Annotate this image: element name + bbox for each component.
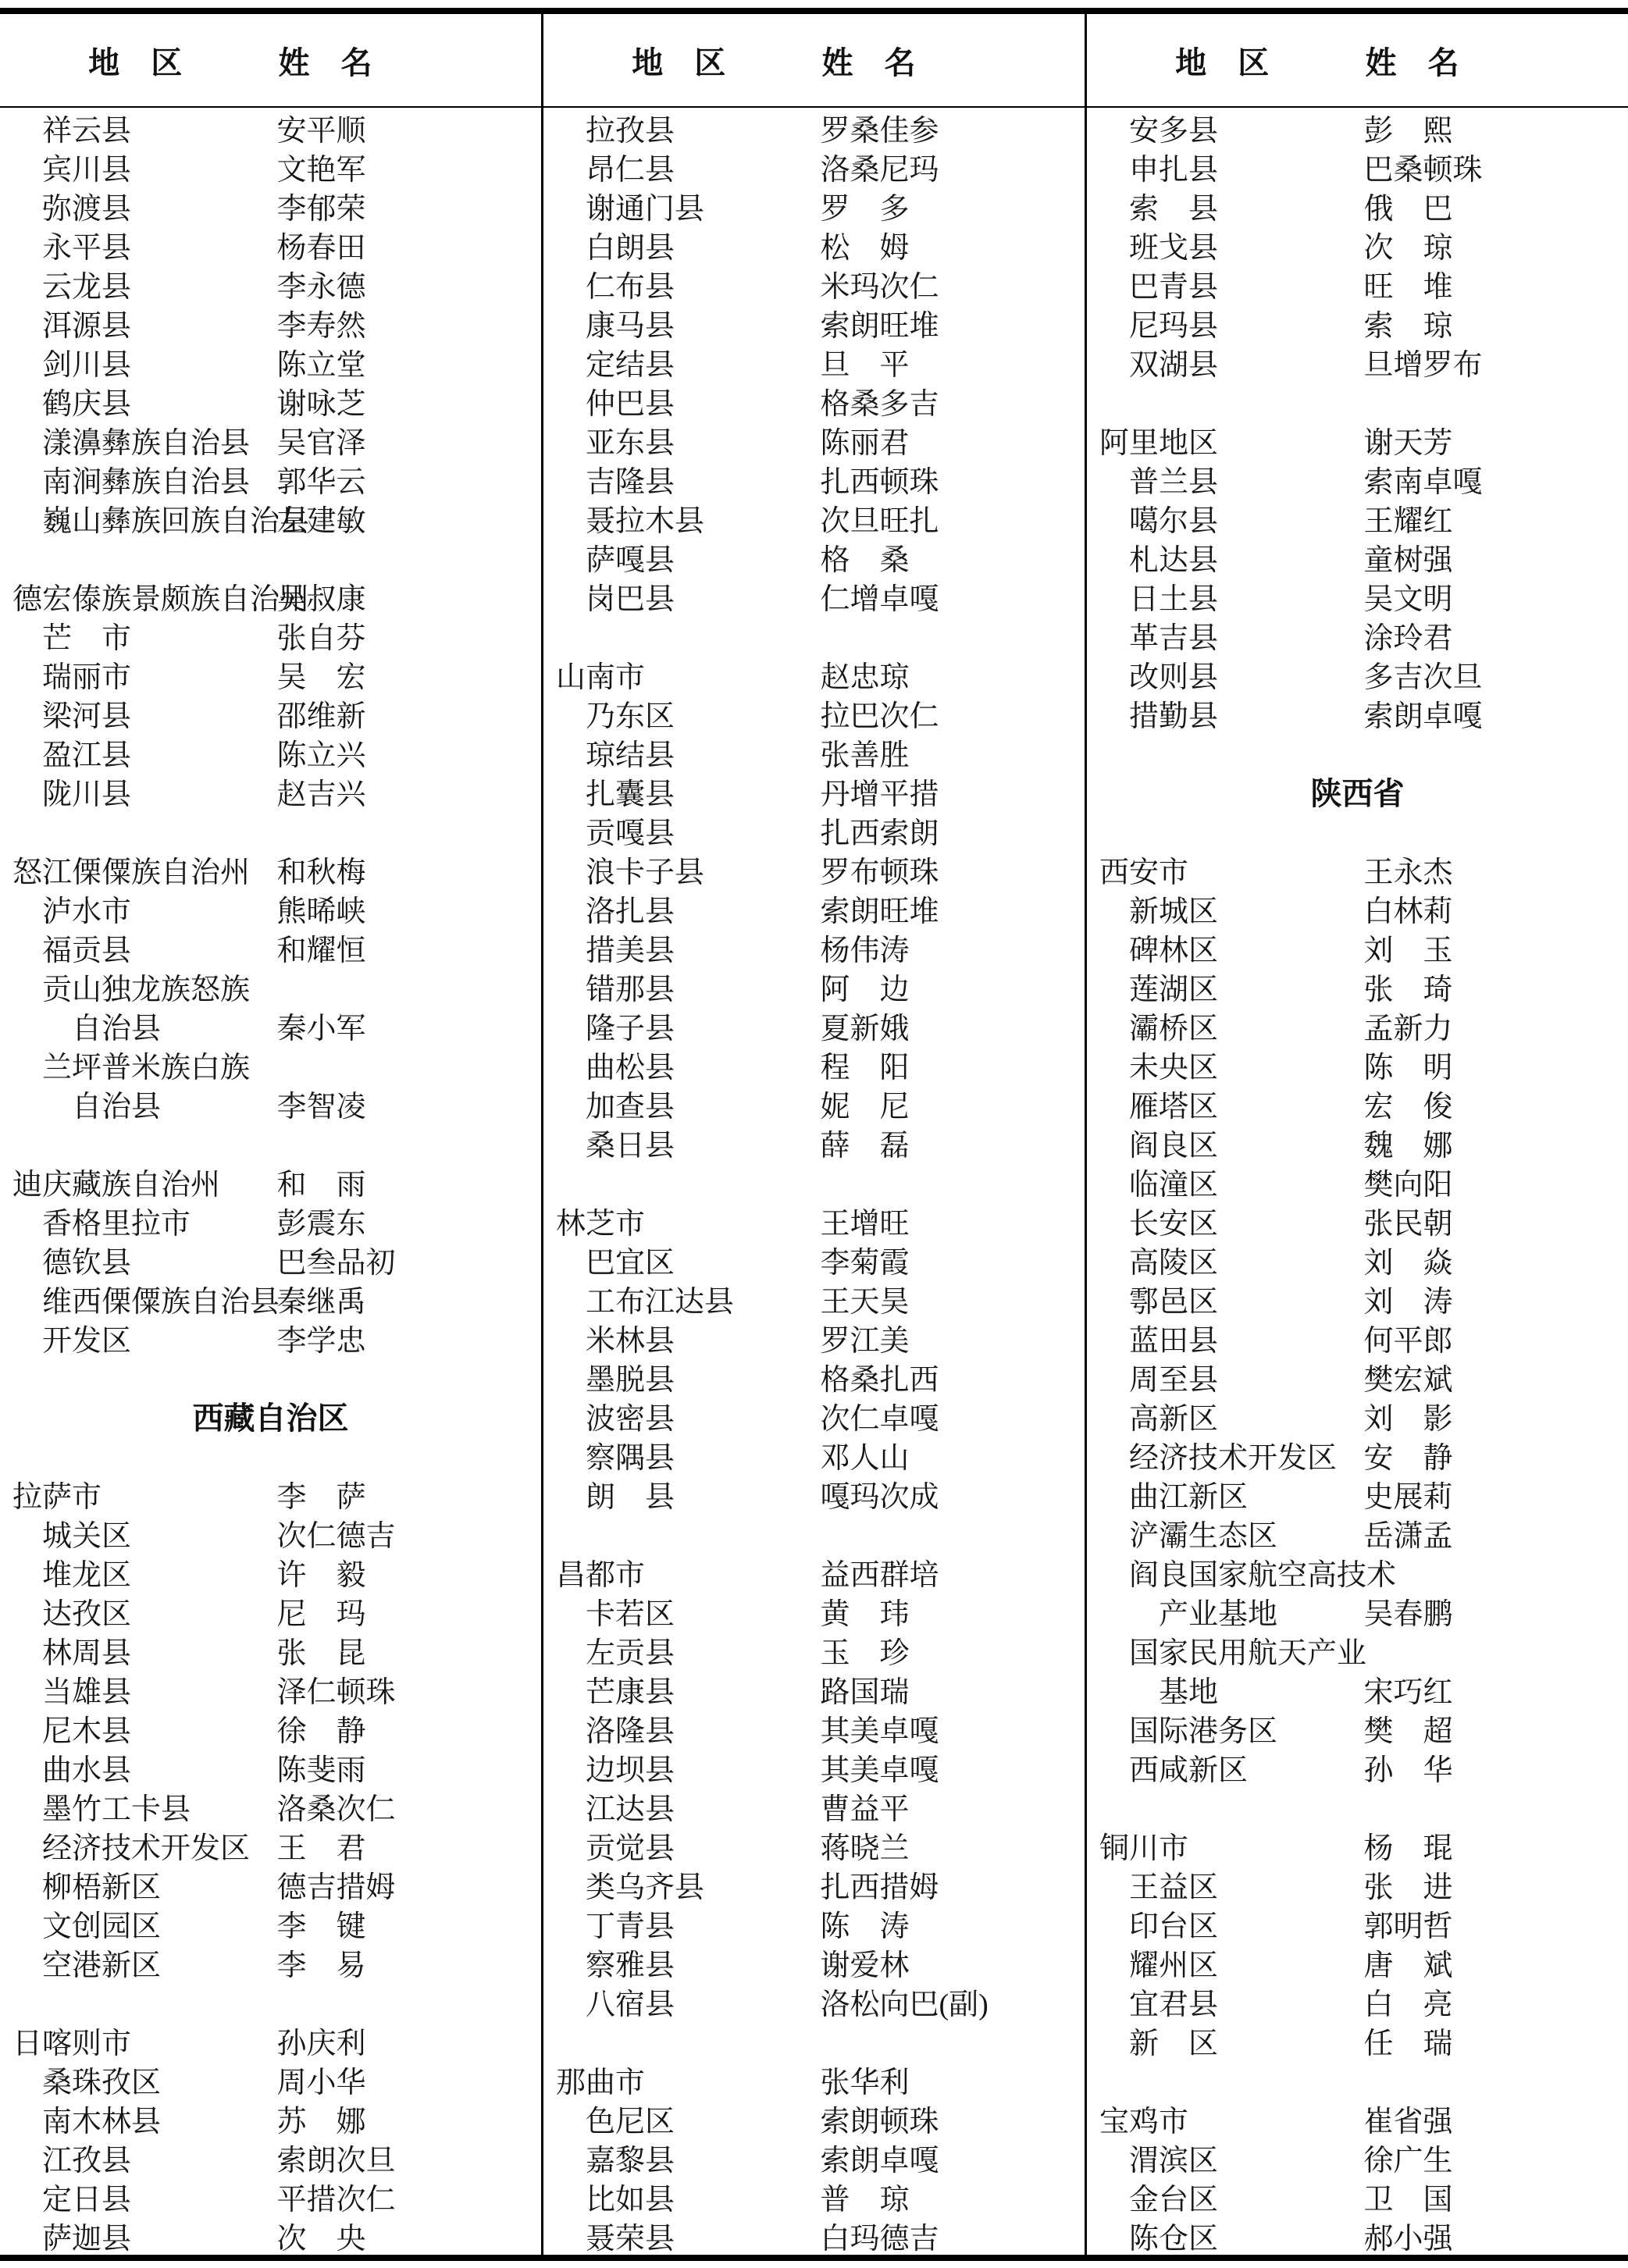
name-cell: 赵忠琼 bbox=[814, 653, 1085, 696]
name-cell: 邵维新 bbox=[271, 692, 542, 735]
table-row: 堆龙区许 毅 bbox=[0, 1552, 541, 1591]
region-cell: 谢通门县 bbox=[543, 184, 814, 227]
name-cell: 任 瑞 bbox=[1358, 2019, 1628, 2062]
name-cell: 李学忠 bbox=[271, 1316, 542, 1359]
region-cell: 达孜区 bbox=[0, 1590, 271, 1632]
name-cell: 王 君 bbox=[271, 1824, 542, 1867]
name-cell: 张善胜 bbox=[814, 731, 1085, 774]
name-cell: 俄 巴 bbox=[1358, 184, 1628, 227]
table-row: 柳梧新区德吉措姆 bbox=[0, 1864, 541, 1903]
table-row: 阎良国家航空高技术 bbox=[1087, 1552, 1628, 1591]
name-cell: 王天昊 bbox=[814, 1277, 1085, 1320]
name-cell: 李 易 bbox=[271, 1941, 542, 1984]
table-row: 米林县罗江美 bbox=[543, 1318, 1085, 1357]
blank-row bbox=[543, 615, 1085, 654]
region-cell: 鄠邑区 bbox=[1087, 1277, 1358, 1320]
name-cell: 吴文明 bbox=[1358, 575, 1628, 618]
region-cell: 亚东县 bbox=[543, 418, 814, 461]
table-row: 漾濞彝族自治县吴官泽 bbox=[0, 420, 541, 459]
name-cell: 拉巴次仁 bbox=[814, 692, 1085, 735]
table-row: 怒江傈僳族自治州和秋梅 bbox=[0, 849, 541, 888]
name-cell: 张 昆 bbox=[271, 1629, 542, 1672]
region-cell: 林芝市 bbox=[543, 1199, 814, 1242]
table-row: 达孜区尼 玛 bbox=[0, 1591, 541, 1630]
table-row: 察雅县谢爱林 bbox=[543, 1942, 1085, 1981]
table-row: 当雄县泽仁顿珠 bbox=[0, 1669, 541, 1708]
name-cell: 刘 焱 bbox=[1358, 1238, 1628, 1281]
region-cell: 浪卡子县 bbox=[543, 848, 814, 891]
name-cell: 李寿然 bbox=[271, 301, 542, 344]
region-cell: 贡山独龙族怒族 bbox=[0, 965, 271, 1008]
table-row: 拉萨市李 萨 bbox=[0, 1474, 541, 1513]
name-cell: 熊晞峡 bbox=[271, 887, 542, 930]
name-cell: 旦增罗布 bbox=[1358, 340, 1628, 383]
name-cell: 王永杰 bbox=[1358, 848, 1628, 891]
blank-row bbox=[1087, 381, 1628, 420]
region-cell: 陇川县 bbox=[0, 770, 271, 813]
table-row: 南涧彝族自治县郭华云 bbox=[0, 459, 541, 498]
table-row: 措勤县索朗卓嘎 bbox=[1087, 693, 1628, 732]
region-cell: 尼木县 bbox=[0, 1707, 271, 1750]
region-cell: 乃东区 bbox=[543, 692, 814, 735]
table-row: 金台区卫 国 bbox=[1087, 2177, 1628, 2216]
table-panel-middle: 地 区 姓 名 拉孜县罗桑佳参昂仁县洛桑尼玛谢通门县罗 多白朗县松 姆仁布县米玛… bbox=[541, 14, 1085, 2255]
region-cell: 香格里拉市 bbox=[0, 1199, 271, 1242]
region-cell: 索 县 bbox=[1087, 184, 1358, 227]
region-cell: 日喀则市 bbox=[0, 2019, 271, 2062]
table-row: 芒康县路国瑞 bbox=[543, 1669, 1085, 1708]
table-row: 莲湖区张 琦 bbox=[1087, 967, 1628, 1006]
name-cell: 夏新娥 bbox=[814, 1004, 1085, 1047]
region-cell: 经济技术开发区 bbox=[0, 1824, 271, 1867]
table-row: 昂仁县洛桑尼玛 bbox=[543, 147, 1085, 186]
region-cell: 桑珠孜区 bbox=[0, 2058, 271, 2101]
name-cell: 陈立兴 bbox=[271, 731, 542, 774]
region-cell: 曲松县 bbox=[543, 1043, 814, 1086]
region-cell: 仲巴县 bbox=[543, 379, 814, 422]
name-cell: 郭华云 bbox=[271, 458, 542, 500]
table-row: 八宿县洛松向巴(副) bbox=[543, 1981, 1085, 2021]
name-cell: 妮 尼 bbox=[814, 1082, 1085, 1125]
column-header-region: 地 区 bbox=[543, 38, 814, 83]
table-row: 西咸新区孙 华 bbox=[1087, 1747, 1628, 1786]
region-cell: 巍山彝族回族自治县 bbox=[0, 497, 271, 539]
blank-row bbox=[1087, 2060, 1628, 2099]
region-cell: 王益区 bbox=[1087, 1863, 1358, 1906]
section-heading: 陕西省 bbox=[1087, 771, 1628, 810]
table-row: 类乌齐县扎西措姆 bbox=[543, 1864, 1085, 1903]
name-cell: 涂玲君 bbox=[1358, 614, 1628, 657]
name-cell: 张 进 bbox=[1358, 1863, 1628, 1906]
name-cell: 仁增卓嘎 bbox=[814, 575, 1085, 618]
name-cell: 杨 琨 bbox=[1358, 1824, 1628, 1867]
region-cell: 贡觉县 bbox=[543, 1824, 814, 1867]
region-cell: 金台区 bbox=[1087, 2175, 1358, 2218]
table-row: 陇川县赵吉兴 bbox=[0, 771, 541, 810]
name-cell: 格 桑 bbox=[814, 536, 1085, 579]
region-cell: 城关区 bbox=[0, 1511, 271, 1554]
name-cell: 和耀恒 bbox=[271, 926, 542, 969]
region-cell: 安多县 bbox=[1087, 106, 1358, 149]
name-cell: 张自芬 bbox=[271, 614, 542, 657]
region-cell: 加查县 bbox=[543, 1082, 814, 1125]
table-row: 维西傈僳族自治县秦继禹 bbox=[0, 1279, 541, 1318]
region-cell: 南木林县 bbox=[0, 2097, 271, 2140]
region-cell: 国际港务区 bbox=[1087, 1707, 1358, 1750]
table-row: 高新区刘 影 bbox=[1087, 1396, 1628, 1435]
blank-row bbox=[543, 1513, 1085, 1552]
table-panel-right: 地 区 姓 名 安多县彭 熙申扎县巴桑顿珠索 县俄 巴班戈县次 琼巴青县旺 堆尼… bbox=[1085, 14, 1628, 2255]
region-cell: 自治县 bbox=[0, 1004, 271, 1047]
table-row: 弥渡县李郁荣 bbox=[0, 186, 541, 225]
rows-container: 拉孜县罗桑佳参昂仁县洛桑尼玛谢通门县罗 多白朗县松 姆仁布县米玛次仁康马县索朗旺… bbox=[543, 108, 1085, 2255]
region-cell: 临潼区 bbox=[1087, 1160, 1358, 1203]
name-cell: 李菊霞 bbox=[814, 1238, 1085, 1281]
table-row: 新 区任 瑞 bbox=[1087, 2021, 1628, 2060]
region-cell: 昌都市 bbox=[543, 1551, 814, 1593]
region-cell: 瑞丽市 bbox=[0, 653, 271, 696]
region-cell: 错那县 bbox=[543, 965, 814, 1008]
table-row: 泸水市熊晞峡 bbox=[0, 888, 541, 927]
name-cell: 松 姆 bbox=[814, 223, 1085, 266]
name-cell: 索朗卓嘎 bbox=[814, 2136, 1085, 2179]
table-row: 那曲市张华利 bbox=[543, 2060, 1085, 2099]
region-cell: 柳梧新区 bbox=[0, 1863, 271, 1906]
region-cell: 阎良国家航空高技术 bbox=[1087, 1551, 1358, 1593]
region-cell: 渭滨区 bbox=[1087, 2136, 1358, 2179]
region-cell: 西咸新区 bbox=[1087, 1746, 1358, 1789]
name-cell: 白林莉 bbox=[1358, 887, 1628, 930]
region-cell: 永平县 bbox=[0, 223, 271, 266]
region-cell: 日土县 bbox=[1087, 575, 1358, 618]
table-row: 班戈县次 琼 bbox=[1087, 225, 1628, 264]
name-cell: 刘 涛 bbox=[1358, 1277, 1628, 1320]
panel-header: 地 区 姓 名 bbox=[1087, 14, 1628, 108]
table-row: 萨迦县次 央 bbox=[0, 2216, 541, 2255]
table-row: 长安区张民朝 bbox=[1087, 1201, 1628, 1240]
name-cell: 樊向阳 bbox=[1358, 1160, 1628, 1203]
region-cell: 普兰县 bbox=[1087, 458, 1358, 500]
region-cell: 昂仁县 bbox=[543, 145, 814, 188]
directory-page: 地 区 姓 名 祥云县安平顺宾川县文艳军弥渡县李郁荣永平县杨春田云龙县李永德洱源… bbox=[0, 0, 1628, 2268]
table-row: 日喀则市孙庆利 bbox=[0, 2021, 541, 2060]
table-row: 乃东区拉巴次仁 bbox=[543, 693, 1085, 732]
region-cell: 边坝县 bbox=[543, 1746, 814, 1789]
region-cell: 琼结县 bbox=[543, 731, 814, 774]
table-row: 云龙县李永德 bbox=[0, 264, 541, 303]
table-row: 定结县旦 平 bbox=[543, 342, 1085, 381]
table-row: 措美县杨伟涛 bbox=[543, 927, 1085, 967]
name-cell: 索 琼 bbox=[1358, 301, 1628, 344]
region-cell: 泸水市 bbox=[0, 887, 271, 930]
blank-row bbox=[1087, 810, 1628, 849]
region-cell: 鹤庆县 bbox=[0, 379, 271, 422]
region-cell: 那曲市 bbox=[543, 2058, 814, 2101]
table-row: 巴宜区李菊霞 bbox=[543, 1240, 1085, 1279]
name-cell: 曹益平 bbox=[814, 1785, 1085, 1828]
name-cell: 张华利 bbox=[814, 2058, 1085, 2101]
name-cell: 樊 超 bbox=[1358, 1707, 1628, 1750]
table-row: 吉隆县扎西顿珠 bbox=[543, 459, 1085, 498]
table-row: 拉孜县罗桑佳参 bbox=[543, 108, 1085, 147]
region-cell: 西安市 bbox=[1087, 848, 1358, 891]
table-row: 错那县阿 边 bbox=[543, 967, 1085, 1006]
name-cell: 洛松向巴(副) bbox=[814, 1980, 1085, 2023]
name-cell: 罗桑佳参 bbox=[814, 106, 1085, 149]
name-cell: 郭明哲 bbox=[1358, 1902, 1628, 1945]
name-cell: 刘 影 bbox=[1358, 1394, 1628, 1437]
name-cell: 苏 娜 bbox=[271, 2097, 542, 2140]
region-cell: 蓝田县 bbox=[1087, 1316, 1358, 1359]
region-cell: 经济技术开发区 bbox=[1087, 1433, 1358, 1476]
table-row: 德钦县巴叁品初 bbox=[0, 1240, 541, 1279]
region-cell: 莲湖区 bbox=[1087, 965, 1358, 1008]
region-cell: 雁塔区 bbox=[1087, 1082, 1358, 1125]
table-row: 色尼区索朗顿珠 bbox=[543, 2099, 1085, 2138]
table-row: 尼玛县索 琼 bbox=[1087, 303, 1628, 342]
name-cell: 陈立堂 bbox=[271, 340, 542, 383]
region-cell: 耀州区 bbox=[1087, 1941, 1358, 1984]
region-cell: 南涧彝族自治县 bbox=[0, 458, 271, 500]
name-cell: 杨春田 bbox=[271, 223, 542, 266]
table-row: 阎良区魏 娜 bbox=[1087, 1123, 1628, 1162]
name-cell: 李 萨 bbox=[271, 1472, 542, 1515]
table-row: 基地宋巧红 bbox=[1087, 1669, 1628, 1708]
region-cell: 灞桥区 bbox=[1087, 1004, 1358, 1047]
name-cell: 谢爱林 bbox=[814, 1941, 1085, 1984]
table-row: 谢通门县罗 多 bbox=[543, 186, 1085, 225]
table-row: 剑川县陈立堂 bbox=[0, 342, 541, 381]
region-cell: 比如县 bbox=[543, 2175, 814, 2218]
name-cell: 安平顺 bbox=[271, 106, 542, 149]
region-cell: 自治县 bbox=[0, 1082, 271, 1125]
table-row: 周至县樊宏斌 bbox=[1087, 1357, 1628, 1396]
table-panel-left: 地 区 姓 名 祥云县安平顺宾川县文艳军弥渡县李郁荣永平县杨春田云龙县李永德洱源… bbox=[0, 14, 541, 2255]
name-cell: 左建敏 bbox=[271, 497, 542, 539]
table-row: 芒 市张自芬 bbox=[0, 615, 541, 654]
name-cell: 唐 斌 bbox=[1358, 1941, 1628, 1984]
table-row: 桑日县薛 磊 bbox=[543, 1123, 1085, 1162]
table-row: 铜川市杨 琨 bbox=[1087, 1825, 1628, 1864]
table-row: 聂荣县白玛德吉 bbox=[543, 2216, 1085, 2255]
column-header-name: 姓 名 bbox=[271, 38, 542, 83]
region-cell: 山南市 bbox=[543, 653, 814, 696]
table-row: 普兰县索南卓嘎 bbox=[1087, 459, 1628, 498]
region-cell: 吉隆县 bbox=[543, 458, 814, 500]
region-cell: 定结县 bbox=[543, 340, 814, 383]
region-cell: 聂荣县 bbox=[543, 2214, 814, 2257]
name-cell: 扎西顿珠 bbox=[814, 458, 1085, 500]
table-row: 德宏傣族景颇族自治州吴叔康 bbox=[0, 576, 541, 615]
table-row: 经济技术开发区安 静 bbox=[1087, 1435, 1628, 1474]
region-cell: 墨脱县 bbox=[543, 1355, 814, 1398]
table-row: 亚东县陈丽君 bbox=[543, 420, 1085, 459]
name-cell: 巴叁品初 bbox=[271, 1238, 542, 1281]
name-cell: 索朗旺堆 bbox=[814, 887, 1085, 930]
name-cell: 宏 俊 bbox=[1358, 1082, 1628, 1125]
top-border-rule bbox=[0, 8, 1628, 14]
region-cell: 丁青县 bbox=[543, 1902, 814, 1945]
name-cell: 徐 静 bbox=[271, 1707, 542, 1750]
name-cell: 和 雨 bbox=[271, 1160, 542, 1203]
table-row: 察隅县邓人山 bbox=[543, 1435, 1085, 1474]
table-row: 香格里拉市彭震东 bbox=[0, 1201, 541, 1240]
name-cell: 秦小军 bbox=[271, 1004, 542, 1047]
name-cell: 次 琼 bbox=[1358, 223, 1628, 266]
name-cell: 白玛德吉 bbox=[814, 2214, 1085, 2257]
region-cell: 班戈县 bbox=[1087, 223, 1358, 266]
table-row: 空港新区李 易 bbox=[0, 1942, 541, 1981]
table-row: 江达县曹益平 bbox=[543, 1786, 1085, 1825]
name-cell: 丹增平措 bbox=[814, 770, 1085, 813]
table-row: 隆子县夏新娥 bbox=[543, 1006, 1085, 1045]
rows-container: 安多县彭 熙申扎县巴桑顿珠索 县俄 巴班戈县次 琼巴青县旺 堆尼玛县索 琼双湖县… bbox=[1087, 108, 1628, 2255]
name-cell: 孙 华 bbox=[1358, 1746, 1628, 1789]
table-row: 林芝市王增旺 bbox=[543, 1201, 1085, 1240]
table-row: 西安市王永杰 bbox=[1087, 849, 1628, 888]
name-cell: 索朗顿珠 bbox=[814, 2097, 1085, 2140]
table-row: 萨嘎县格 桑 bbox=[543, 537, 1085, 576]
region-cell: 国家民用航天产业 bbox=[1087, 1629, 1358, 1672]
region-cell: 阿里地区 bbox=[1087, 418, 1358, 461]
name-cell: 樊宏斌 bbox=[1358, 1355, 1628, 1398]
name-cell: 次仁卓嘎 bbox=[814, 1394, 1085, 1437]
table-row: 福贡县和耀恒 bbox=[0, 927, 541, 967]
table-row: 城关区次仁德吉 bbox=[0, 1513, 541, 1552]
region-cell: 曲水县 bbox=[0, 1746, 271, 1789]
table-row: 洛隆县其美卓嘎 bbox=[543, 1708, 1085, 1747]
region-cell: 宝鸡市 bbox=[1087, 2097, 1358, 2140]
name-cell: 索南卓嘎 bbox=[1358, 458, 1628, 500]
name-cell: 益西群培 bbox=[814, 1551, 1085, 1593]
region-cell: 朗 县 bbox=[543, 1472, 814, 1515]
name-cell: 黄 玮 bbox=[814, 1590, 1085, 1632]
name-cell: 普 琼 bbox=[814, 2175, 1085, 2218]
region-cell: 洛扎县 bbox=[543, 887, 814, 930]
table-row: 曲松县程 阳 bbox=[543, 1045, 1085, 1084]
blank-row bbox=[0, 1357, 541, 1396]
table-row: 碑林区刘 玉 bbox=[1087, 927, 1628, 967]
table-row: 文创园区李 键 bbox=[0, 1903, 541, 1942]
table-row: 阿里地区谢天芳 bbox=[1087, 420, 1628, 459]
name-cell: 多吉次旦 bbox=[1358, 653, 1628, 696]
name-cell: 蒋晓兰 bbox=[814, 1824, 1085, 1867]
table-row: 边坝县其美卓嘎 bbox=[543, 1747, 1085, 1786]
table-row: 山南市赵忠琼 bbox=[543, 654, 1085, 693]
table-row: 陈仓区郝小强 bbox=[1087, 2216, 1628, 2255]
region-cell: 洛隆县 bbox=[543, 1707, 814, 1750]
table-row: 改则县多吉次旦 bbox=[1087, 654, 1628, 693]
name-cell: 和秋梅 bbox=[271, 848, 542, 891]
name-cell: 白 亮 bbox=[1358, 1980, 1628, 2023]
table-row: 双湖县旦增罗布 bbox=[1087, 342, 1628, 381]
rows-container: 祥云县安平顺宾川县文艳军弥渡县李郁荣永平县杨春田云龙县李永德洱源县李寿然剑川县陈… bbox=[0, 108, 541, 2255]
region-cell: 贡嘎县 bbox=[543, 809, 814, 852]
name-cell: 阿 边 bbox=[814, 965, 1085, 1008]
table-row: 扎囊县丹增平措 bbox=[543, 771, 1085, 810]
name-cell: 索朗旺堆 bbox=[814, 301, 1085, 344]
region-cell: 祥云县 bbox=[0, 106, 271, 149]
name-cell: 张民朝 bbox=[1358, 1199, 1628, 1242]
name-cell: 彭 熙 bbox=[1358, 106, 1628, 149]
region-cell: 弥渡县 bbox=[0, 184, 271, 227]
table-row: 曲江新区史展莉 bbox=[1087, 1474, 1628, 1513]
region-cell: 工布江达县 bbox=[543, 1277, 814, 1320]
table-row: 革吉县涂玲君 bbox=[1087, 615, 1628, 654]
name-cell: 路国瑞 bbox=[814, 1668, 1085, 1711]
table-row: 卡若区黄 玮 bbox=[543, 1591, 1085, 1630]
table-row: 仲巴县格桑多吉 bbox=[543, 381, 1085, 420]
region-cell: 德钦县 bbox=[0, 1238, 271, 1281]
name-cell: 李郁荣 bbox=[271, 184, 542, 227]
region-cell: 高新区 bbox=[1087, 1394, 1358, 1437]
table-row: 噶尔县王耀红 bbox=[1087, 498, 1628, 537]
table-row: 蓝田县何平郎 bbox=[1087, 1318, 1628, 1357]
table-row: 丁青县陈 涛 bbox=[543, 1903, 1085, 1942]
region-cell: 曲江新区 bbox=[1087, 1472, 1358, 1515]
table-row: 浪卡子县罗布顿珠 bbox=[543, 849, 1085, 888]
table-row: 王益区张 进 bbox=[1087, 1864, 1628, 1903]
table-row: 鹤庆县谢咏芝 bbox=[0, 381, 541, 420]
column-header-region: 地 区 bbox=[1087, 38, 1358, 83]
table-row: 洱源县李寿然 bbox=[0, 303, 541, 342]
region-cell: 双湖县 bbox=[1087, 340, 1358, 383]
table-row: 尼木县徐 静 bbox=[0, 1708, 541, 1747]
panel-header: 地 区 姓 名 bbox=[0, 14, 541, 108]
region-cell: 长安区 bbox=[1087, 1199, 1358, 1242]
region-cell: 铜川市 bbox=[1087, 1824, 1358, 1867]
table-row: 瑞丽市吴 宏 bbox=[0, 654, 541, 693]
table-row: 迪庆藏族自治州和 雨 bbox=[0, 1162, 541, 1201]
table-row: 未央区陈 明 bbox=[1087, 1045, 1628, 1084]
table-row: 札达县童树强 bbox=[1087, 537, 1628, 576]
region-cell: 迪庆藏族自治州 bbox=[0, 1160, 271, 1203]
table-row: 岗巴县仁增卓嘎 bbox=[543, 576, 1085, 615]
name-cell: 张 琦 bbox=[1358, 965, 1628, 1008]
region-cell: 林周县 bbox=[0, 1629, 271, 1672]
name-cell: 格桑扎西 bbox=[814, 1355, 1085, 1398]
name-cell: 刘 玉 bbox=[1358, 926, 1628, 969]
name-cell: 安 静 bbox=[1358, 1433, 1628, 1476]
table-row: 林周县张 昆 bbox=[0, 1630, 541, 1669]
region-cell: 萨嘎县 bbox=[543, 536, 814, 579]
region-cell: 墨竹工卡县 bbox=[0, 1785, 271, 1828]
table-row: 耀州区唐 斌 bbox=[1087, 1942, 1628, 1981]
name-cell: 索朗卓嘎 bbox=[1358, 692, 1628, 735]
region-cell: 开发区 bbox=[0, 1316, 271, 1359]
name-cell: 王增旺 bbox=[814, 1199, 1085, 1242]
blank-row bbox=[0, 537, 541, 576]
table-row: 临潼区樊向阳 bbox=[1087, 1162, 1628, 1201]
region-cell: 巴青县 bbox=[1087, 262, 1358, 305]
table-row: 雁塔区宏 俊 bbox=[1087, 1084, 1628, 1123]
name-cell: 童树强 bbox=[1358, 536, 1628, 579]
name-cell: 次 央 bbox=[271, 2214, 542, 2257]
region-cell: 嘉黎县 bbox=[543, 2136, 814, 2179]
table-row: 贡嘎县扎西索朗 bbox=[543, 810, 1085, 849]
table-row: 开发区李学忠 bbox=[0, 1318, 541, 1357]
name-cell: 吴 宏 bbox=[271, 653, 542, 696]
name-cell: 彭震东 bbox=[271, 1199, 542, 1242]
region-cell: 拉萨市 bbox=[0, 1472, 271, 1515]
section-heading: 西藏自治区 bbox=[0, 1396, 541, 1435]
table-row: 曲水县陈斐雨 bbox=[0, 1747, 541, 1786]
table-row: 墨脱县格桑扎西 bbox=[543, 1357, 1085, 1396]
table-panels: 地 区 姓 名 祥云县安平顺宾川县文艳军弥渡县李郁荣永平县杨春田云龙县李永德洱源… bbox=[0, 14, 1628, 2255]
name-cell: 孙庆利 bbox=[271, 2019, 542, 2062]
name-cell: 李智凌 bbox=[271, 1082, 542, 1125]
name-cell: 尼 玛 bbox=[271, 1590, 542, 1632]
